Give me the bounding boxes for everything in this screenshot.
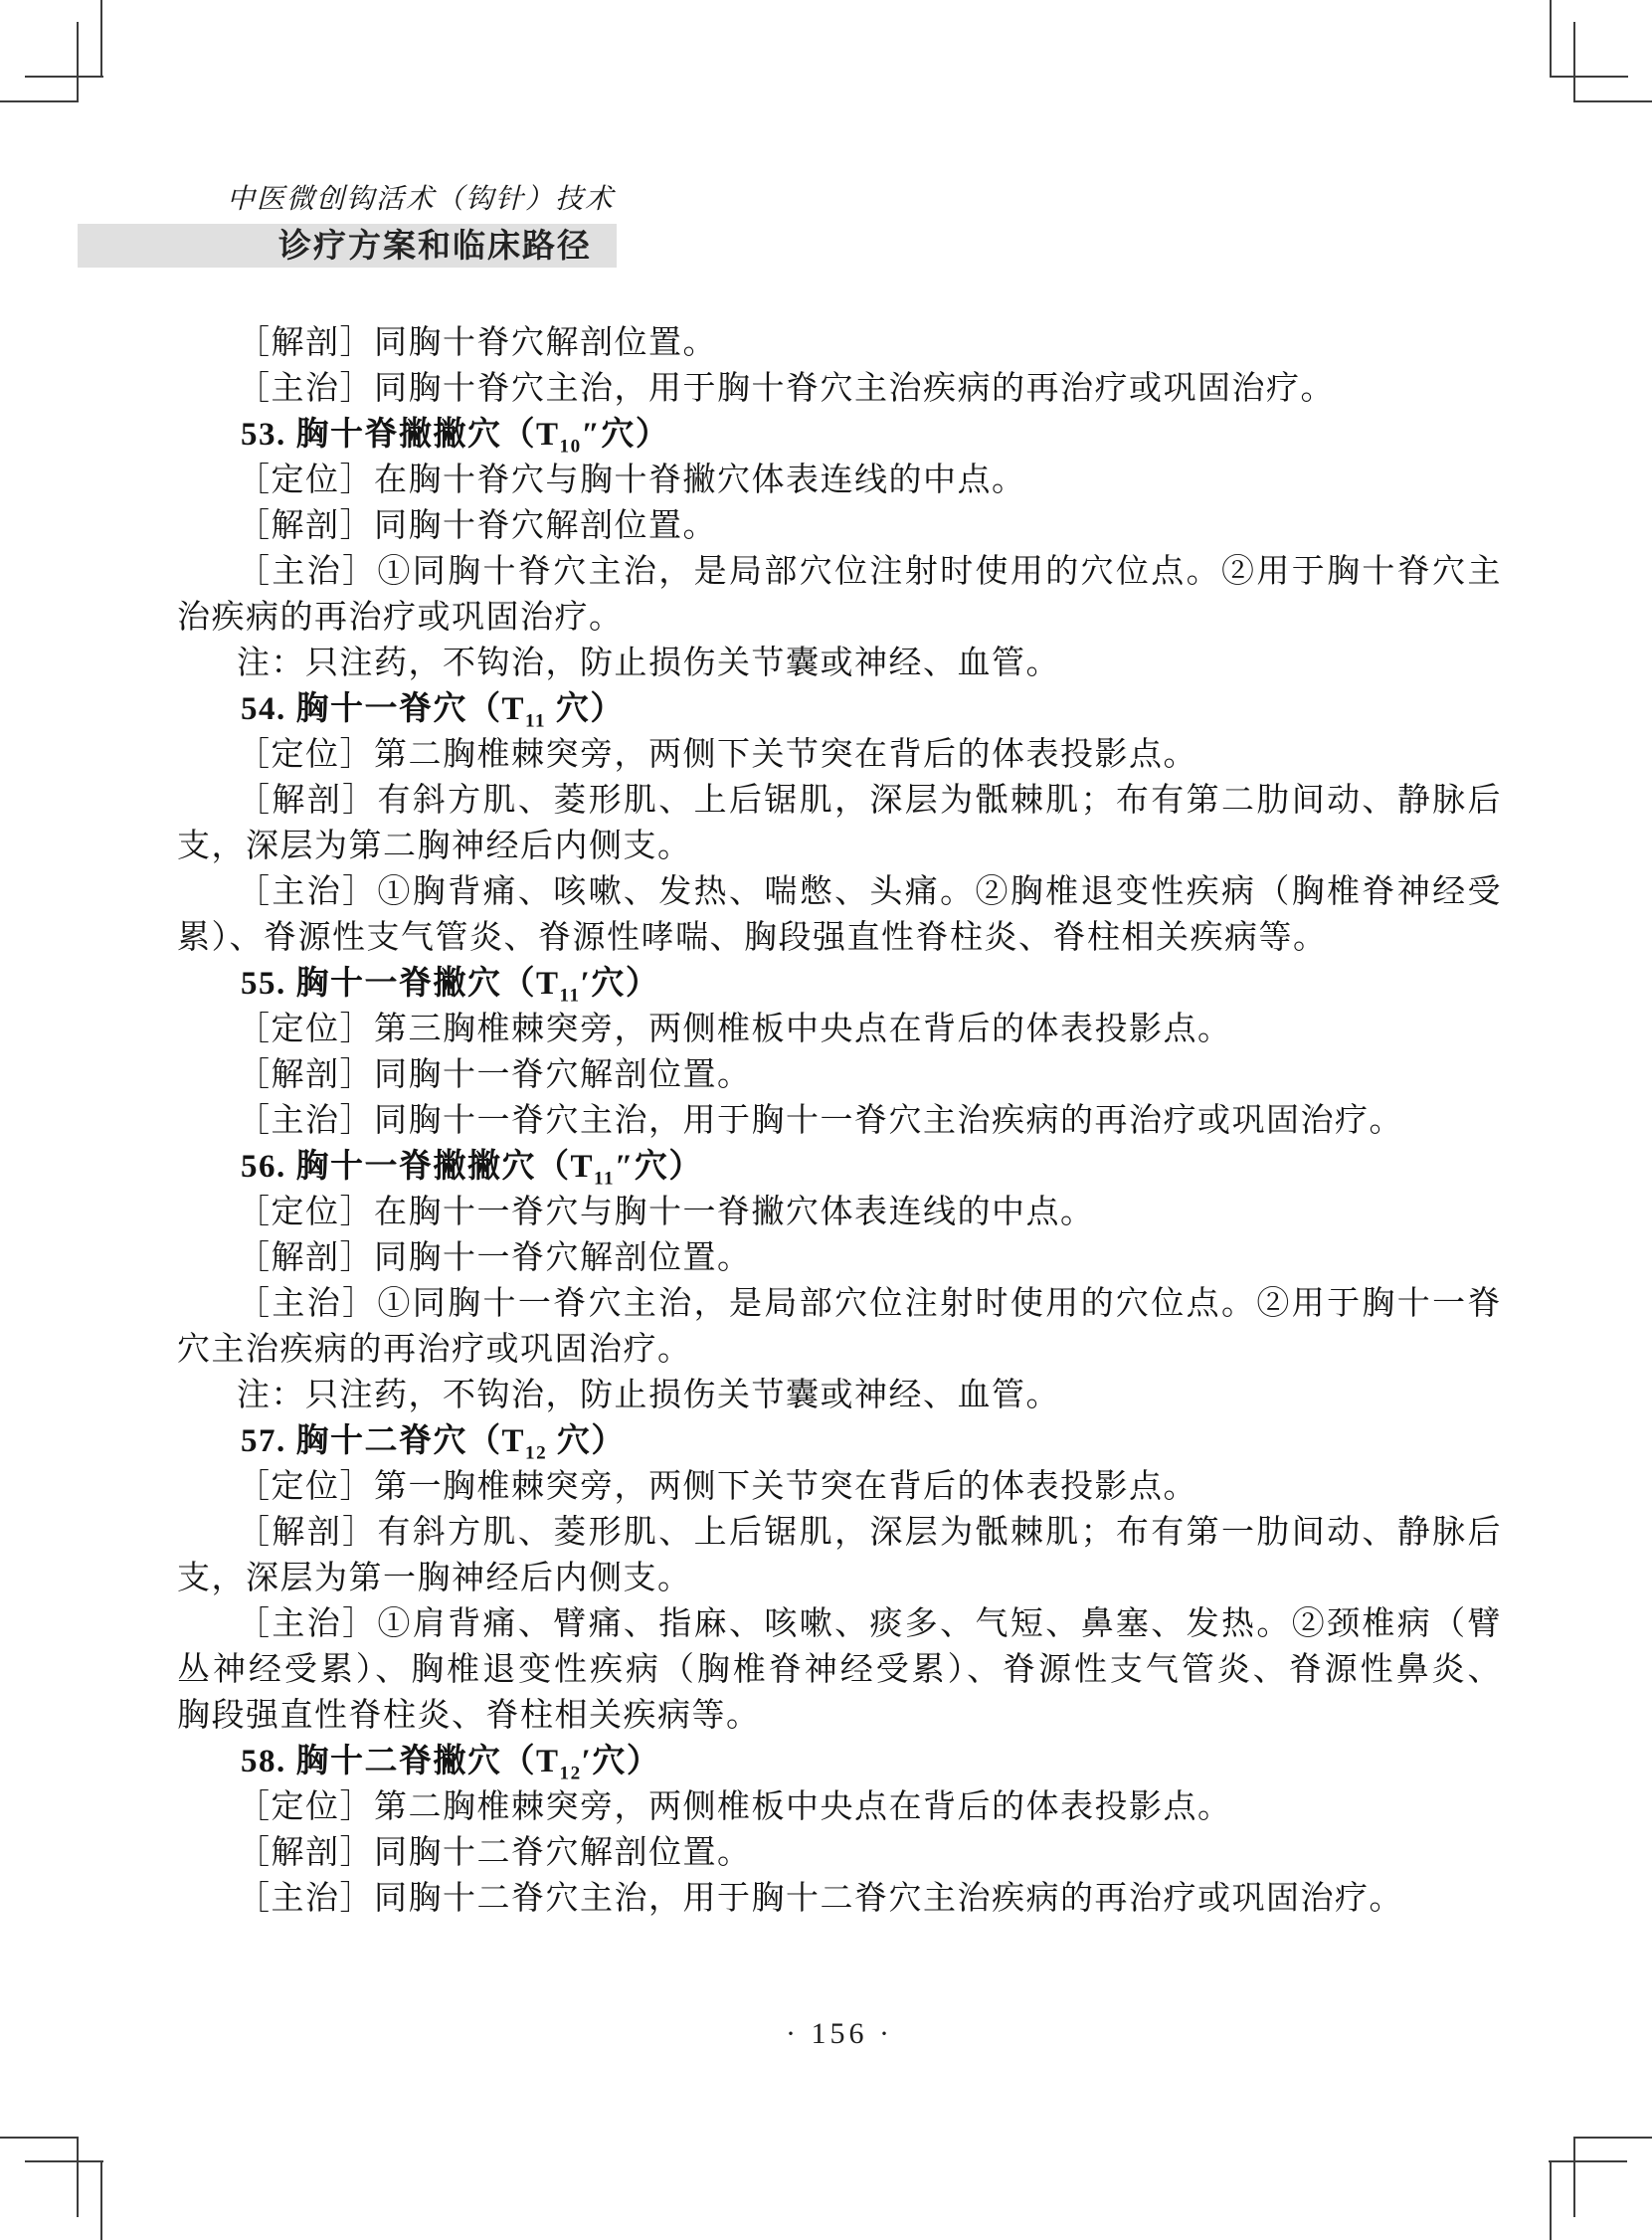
text-line: 丛神经受累）、胸椎退变性疾病（胸椎脊神经受累）、脊源性支气管炎、脊源性鼻炎、	[177, 1647, 1502, 1693]
book-page: { "header": { "script_title": "中医微创钩活术（钩…	[0, 0, 1652, 2240]
text-line: 治疾病的再治疗或巩固治疗。	[177, 595, 1502, 641]
text-line: ［主治］同胸十脊穴主治，用于胸十脊穴主治疾病的再治疗或巩固治疗。	[177, 366, 1502, 412]
trim-mark-line	[77, 2137, 79, 2217]
body-text: ［解剖］同胸十脊穴解剖位置。［主治］同胸十脊穴主治，用于胸十脊穴主治疾病的再治疗…	[177, 320, 1502, 1922]
text-line: ［解剖］同胸十脊穴解剖位置。	[177, 320, 1502, 366]
trim-mark-line	[100, 0, 102, 78]
page-number: · 156 ·	[177, 2011, 1502, 2057]
text-line: 穴主治疾病的再治疗或巩固治疗。	[177, 1327, 1502, 1373]
trim-mark-line	[0, 2137, 79, 2139]
trim-mark-line	[77, 22, 79, 102]
section-heading: 54. 胸十一脊穴（T11 穴）	[177, 686, 1502, 732]
text-line: ［主治］同胸十二脊穴主治，用于胸十二脊穴主治疾病的再治疗或巩固治疗。	[177, 1876, 1502, 1922]
text-line: 支，深层为第一胸神经后内侧支。	[177, 1556, 1502, 1601]
text-line: 支，深层为第二胸神经后内侧支。	[177, 824, 1502, 869]
trim-mark-line	[100, 2160, 102, 2240]
text-line: ［定位］第二胸椎棘突旁，两侧下关节突在背后的体表投影点。	[177, 732, 1502, 778]
text-line: ［定位］第二胸椎棘突旁，两侧椎板中央点在背后的体表投影点。	[177, 1784, 1502, 1830]
text-line: ［解剖］有斜方肌、菱形肌、上后锯肌，深层为骶棘肌；布有第二肋间动、静脉后	[177, 778, 1502, 824]
text-line: 胸段强直性脊柱炎、脊柱相关疾病等。	[177, 1693, 1502, 1739]
section-heading: 58. 胸十二脊撇穴（T12′穴）	[177, 1739, 1502, 1784]
section-heading: 57. 胸十二脊穴（T12 穴）	[177, 1418, 1502, 1464]
trim-mark-line	[25, 76, 103, 78]
text-line: ［主治］①同胸十脊穴主治，是局部穴位注射时使用的穴位点。②用于胸十脊穴主	[177, 549, 1502, 595]
section-heading: 53. 胸十脊撇撇穴（T10″穴）	[177, 412, 1502, 458]
trim-mark-line	[1550, 76, 1628, 78]
text-line: 注：只注药，不钩治，防止损伤关节囊或神经、血管。	[177, 641, 1502, 686]
text-line: ［解剖］有斜方肌、菱形肌、上后锯肌，深层为骶棘肌；布有第一肋间动、静脉后	[177, 1510, 1502, 1556]
trim-mark-line	[0, 100, 79, 102]
text-line: ［解剖］同胸十一脊穴解剖位置。	[177, 1052, 1502, 1098]
text-line: ［主治］①同胸十一脊穴主治，是局部穴位注射时使用的穴位点。②用于胸十一脊	[177, 1281, 1502, 1327]
text-line: 累）、脊源性支气管炎、脊源性哮喘、胸段强直性脊柱炎、脊柱相关疾病等。	[177, 915, 1502, 961]
text-line: 注：只注药，不钩治，防止损伤关节囊或神经、血管。	[177, 1373, 1502, 1418]
text-line: ［定位］在胸十脊穴与胸十脊撇穴体表连线的中点。	[177, 458, 1502, 503]
trim-mark-line	[1573, 2137, 1652, 2139]
text-line: ［定位］第一胸椎棘突旁，两侧下关节突在背后的体表投影点。	[177, 1464, 1502, 1510]
text-line: ［解剖］同胸十脊穴解剖位置。	[177, 503, 1502, 549]
section-heading: 56. 胸十一脊撇撇穴（T11″穴）	[177, 1144, 1502, 1190]
trim-mark-line	[1573, 22, 1575, 102]
trim-mark-line	[25, 2160, 103, 2162]
text-line: ［定位］在胸十一脊穴与胸十一脊撇穴体表连线的中点。	[177, 1190, 1502, 1235]
text-line: ［解剖］同胸十一脊穴解剖位置。	[177, 1235, 1502, 1281]
book-title-header: 中医微创钩活术（钩针）技术	[227, 183, 923, 217]
text-line: ［主治］①肩背痛、臂痛、指麻、咳嗽、痰多、气短、鼻塞、发热。②颈椎病（臂	[177, 1601, 1502, 1647]
text-line: ［主治］同胸十一脊穴主治，用于胸十一脊穴主治疾病的再治疗或巩固治疗。	[177, 1098, 1502, 1144]
chapter-header-bar: 诊疗方案和临床路径	[78, 224, 617, 268]
trim-mark-line	[1550, 0, 1552, 78]
trim-mark-line	[1573, 2137, 1575, 2217]
trim-mark-line	[1573, 100, 1652, 102]
text-line: ［解剖］同胸十二脊穴解剖位置。	[177, 1830, 1502, 1876]
section-heading: 55. 胸十一脊撇穴（T11′穴）	[177, 961, 1502, 1007]
text-line: ［主治］①胸背痛、咳嗽、发热、喘憋、头痛。②胸椎退变性疾病（胸椎脊神经受	[177, 869, 1502, 915]
trim-mark-line	[1550, 2160, 1552, 2240]
text-line: ［定位］第三胸椎棘突旁，两侧椎板中央点在背后的体表投影点。	[177, 1007, 1502, 1052]
trim-mark-line	[1549, 2160, 1627, 2162]
